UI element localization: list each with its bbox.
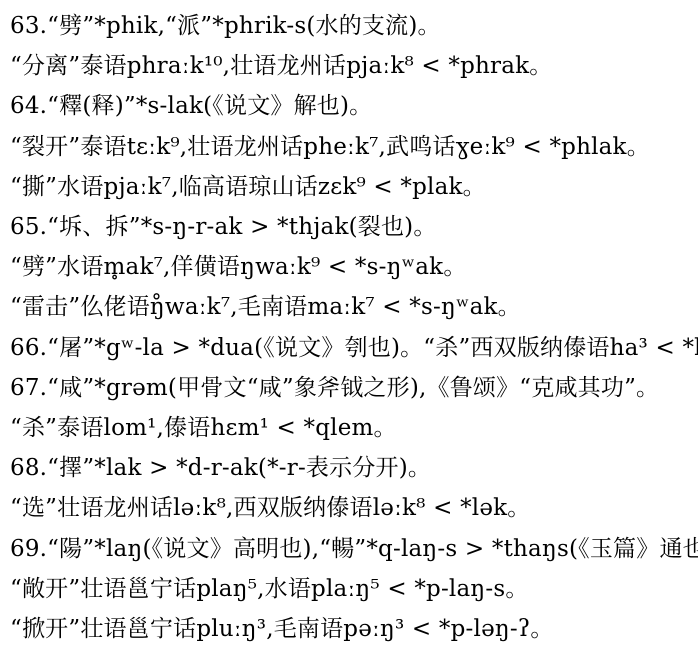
entry-69-headword-line: 69.“陽”*laŋ(《说文》高明也),“暢”*q-laŋ-s > *thaŋs… xyxy=(10,529,690,569)
document-page: 63.“劈”*phik,“派”*phrik-s(水的支流)。 “分离”泰语phr… xyxy=(0,0,698,648)
entry-64-cognates-line-2: “撕”水语pjaːk⁷,临高语琼山话zɛk⁹ < *plak。 xyxy=(10,167,690,207)
entry-63-headword-line: 63.“劈”*phik,“派”*phrik-s(水的支流)。 xyxy=(10,6,690,46)
entry-63-cognates-line: “分离”泰语phraːk¹⁰,壮语龙州话pjaːk⁸ < *phrak。 xyxy=(10,46,690,86)
entry-65-cognates-line-1: “劈”水语m̥ak⁷,佯僙语ŋwaːk⁹ < *s-ŋʷak。 xyxy=(10,247,690,287)
entry-65-cognates-line-2: “雷击”仫佬语ŋ̊waːk⁷,毛南语maːk⁷ < *s-ŋʷak。 xyxy=(10,287,690,327)
entry-69-cognates-line-2: “掀开”壮语邕宁话pluːŋ³,毛南语pəːŋ³ < *p-ləŋ-ʔ。 xyxy=(10,609,690,648)
entry-68-headword-line: 68.“擇”*lak > *d-r-ak(*-r-表示分开)。 xyxy=(10,448,690,488)
entry-68-cognates-line: “选”壮语龙州话ləːk⁸,西双版纳傣语ləːk⁸ < *lək。 xyxy=(10,488,690,528)
entry-67-cognates-line: “杀”泰语lom¹,傣语hɛm¹ < *qlem。 xyxy=(10,408,690,448)
entry-64-headword-line: 64.“釋(释)”*s-lak(《说文》解也)。 xyxy=(10,86,690,126)
entry-64-cognates-line-1: “裂开”泰语tɛːk⁹,壮语龙州话pheːk⁷,武鸣话ɣeːk⁹ < *phla… xyxy=(10,127,690,167)
entry-66-line: 66.“屠”*gʷ-la > *dua(《说文》刳也)。“杀”西双版纳傣语ha³… xyxy=(10,328,690,368)
entry-69-cognates-line-1: “敞开”壮语邕宁话plaŋ⁵,水语plaːŋ⁵ < *p-laŋ-s。 xyxy=(10,569,690,609)
entry-65-headword-line: 65.“坼、拆”*s-ŋ-r-ak > *thjak(裂也)。 xyxy=(10,207,690,247)
entry-67-headword-line: 67.“咸”*grəm(甲骨文“咸”象斧钺之形),《鲁颂》“克咸其功”。 xyxy=(10,368,690,408)
